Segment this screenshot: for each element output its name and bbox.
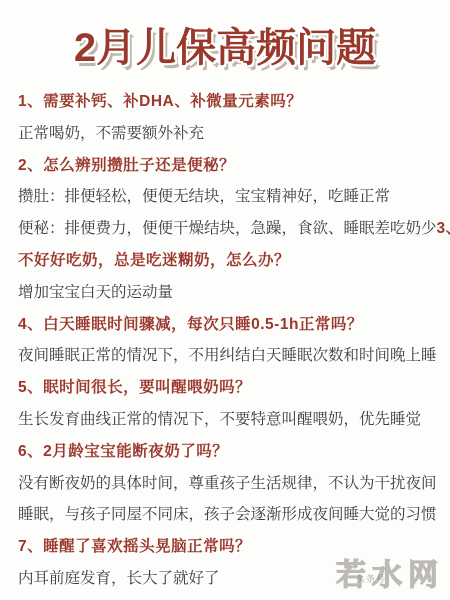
question-3: 不好好吃奶，总是吃迷糊奶，怎么办？: [18, 245, 440, 277]
answer-2-bianmi: 便秘：排便费力，便便干燥结块，急躁，食欲、睡眠差吃奶少3、: [18, 213, 440, 245]
infographic-page: 2月儿保高频问题 1、需要补钙、补DHA、补微量元素吗？ 正常喝奶，不需要额外补…: [0, 0, 450, 600]
answer-2-bianmi-text: 便秘：排便费力，便便干燥结块，急躁，食欲、睡眠差吃奶少: [18, 220, 437, 237]
answer-3: 增加宝宝白天的运动量: [18, 277, 440, 309]
qa-list: 1、需要补钙、补DHA、补微量元素吗？ 正常喝奶，不需要额外补充 2、怎么辨别攒…: [18, 86, 440, 595]
watermark: 若水网 头条号: [334, 556, 446, 596]
answer-6-line2: 睡眠，与孩子同屋不同床，孩子会逐渐形成夜间睡大觉的习惯: [18, 499, 440, 531]
page-title: 2月儿保高频问题: [0, 0, 450, 70]
answer-1: 正常喝奶，不需要额外补充: [18, 118, 440, 150]
question-4: 4、白天睡眠时间骤减，每次只睡0.5-1h正常吗？: [18, 309, 440, 341]
watermark-overlay-text: 头条号: [356, 572, 386, 585]
answer-5: 生长发育曲线正常的情况下，不要特意叫醒喂奶，优先睡觉: [18, 404, 440, 436]
question-5: 5、眠时间很长，要叫醒喂奶吗？: [18, 372, 440, 404]
question-3-number: 3、: [437, 220, 450, 237]
question-6: 6、2月龄宝宝能断夜奶了吗？: [18, 436, 440, 468]
watermark-logo-text: 若水网: [336, 550, 444, 594]
answer-2-zandu: 攒肚：排便轻松，便便无结块，宝宝精神好，吃睡正常: [18, 181, 440, 213]
answer-6-line1: 没有断夜奶的具体时间，尊重孩子生活规律，不认为干扰夜间: [18, 468, 440, 500]
answer-4: 夜间睡眠正常的情况下，不用纠结白天睡眠次数和时间晚上睡: [18, 340, 440, 372]
question-2: 2、怎么辨别攒肚子还是便秘？: [18, 150, 440, 182]
question-1: 1、需要补钙、补DHA、补微量元素吗？: [18, 86, 440, 118]
